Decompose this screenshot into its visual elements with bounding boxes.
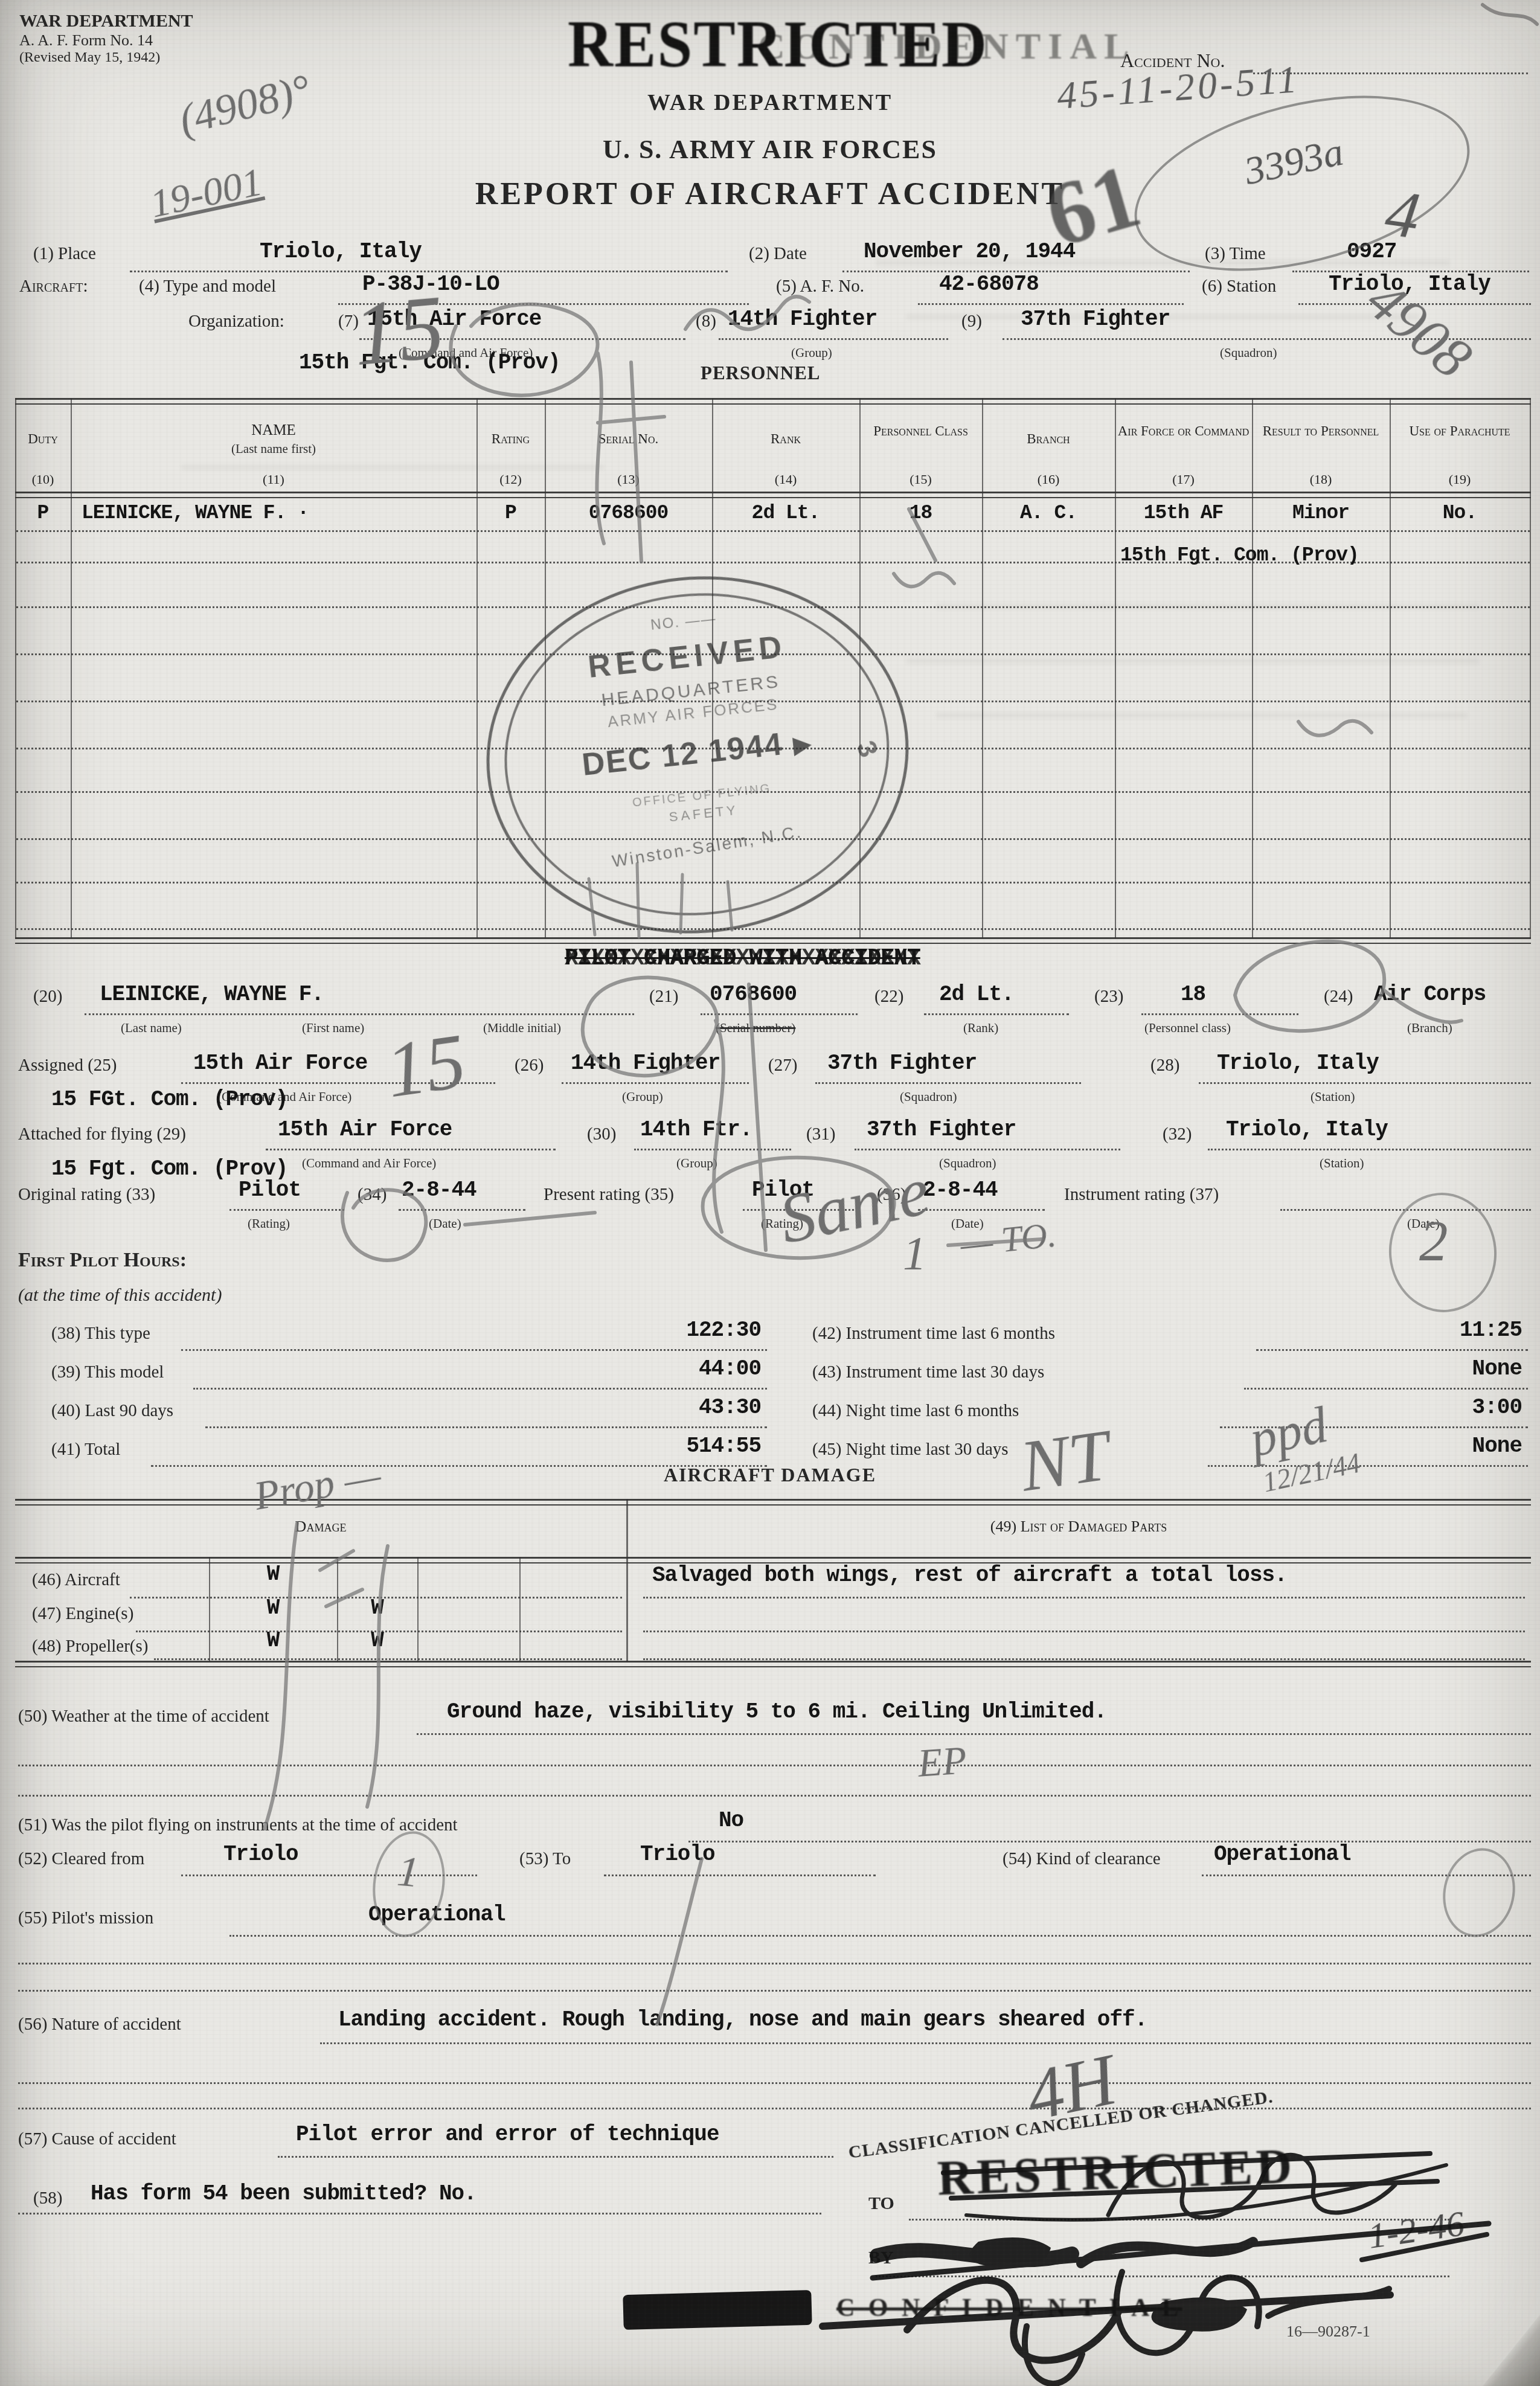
restricted-stamp-bottom: RESTRICTED <box>937 2138 1297 2207</box>
instruments-label: (51) Was the pilot flying on instruments… <box>18 1815 458 1835</box>
col-header-branch: Branch <box>982 431 1115 446</box>
parts-dots <box>643 1658 1525 1660</box>
orig-rating-value: Pilot <box>239 1178 301 1202</box>
page-corner-fold <box>1478 2309 1540 2386</box>
hours-39-label: (39) This model <box>51 1362 164 1382</box>
struck-section-xover: XXXXXXXXXXXXXXXXXXXXXXXXXXX <box>565 946 920 972</box>
f20-blank <box>85 1013 634 1015</box>
f48-dots <box>154 1658 622 1660</box>
row-result: Minor <box>1252 502 1390 524</box>
mission-label: (55) Pilot's mission <box>18 1908 153 1928</box>
col-num-13: (13) <box>545 472 712 487</box>
parts-text: Salvaged both wings, rest of aircraft a … <box>652 1563 1287 1588</box>
f23-blank <box>1141 1013 1298 1015</box>
corner-scrawl <box>1483 5 1537 24</box>
row-extra: 15th Fgt. Com. (Prov) <box>1120 544 1359 566</box>
hw-reclass-date: 1-2-46 <box>1365 2202 1467 2257</box>
hours-44-value: 3:00 <box>1377 1395 1522 1420</box>
hours-44-label: (44) Night time last 6 months <box>812 1401 1019 1421</box>
blank-line <box>18 2082 1531 2084</box>
hours-42-label: (42) Instrument time last 6 months <box>812 1324 1055 1344</box>
blank-line <box>18 1765 1531 1766</box>
hours-38-value: 122:30 <box>616 1318 761 1342</box>
damage-table: Damage (49) List of Damaged Parts (46) A… <box>15 1499 1531 1666</box>
bottom-tail <box>1268 2289 1389 2316</box>
f24-number: (24) <box>1324 987 1353 1007</box>
agency-line-2: A. A. F. Form No. 14 <box>19 31 153 50</box>
damage-sub-divider <box>417 1557 419 1662</box>
squadron-caption: (Squadron) <box>1220 345 1277 361</box>
weather-value: Ground haze, visibility 5 to 6 mi. Ceili… <box>447 1699 1106 1724</box>
hours-43-label: (43) Instrument time last 30 days <box>812 1362 1044 1382</box>
col-header-result: Result to Personnel <box>1252 423 1390 438</box>
f47-w2: W <box>337 1595 417 1620</box>
hw-rating-1: 1 <box>903 1226 926 1280</box>
f23-number: (23) <box>1094 987 1123 1007</box>
damage-bottom-rule <box>15 1661 1531 1667</box>
hours-38-label: (38) This type <box>51 1324 150 1344</box>
cap-attached-station: (Station) <box>1320 1156 1364 1171</box>
f32-blank <box>1208 1149 1531 1150</box>
f30-number: (30) <box>587 1124 616 1144</box>
col-header-airforce: Air Force or Command <box>1115 423 1252 438</box>
nature-label: (56) Nature of accident <box>18 2015 181 2035</box>
assigned-squadron: 37th Fighter <box>827 1051 977 1076</box>
col-num-11: (11) <box>71 472 476 487</box>
cause-blank <box>278 2156 833 2158</box>
blank-line <box>18 1795 1531 1797</box>
damage-heading: AIRCRAFT DAMAGE <box>468 1464 1072 1486</box>
hw-cleared-1: 1 <box>395 1846 421 1898</box>
cap-date-1: (Date) <box>429 1216 461 1231</box>
by-auth-blob <box>969 2237 1051 2268</box>
parts-col-header: (49) List of Damaged Parts <box>626 1518 1531 1536</box>
blank-line <box>18 1990 1531 1992</box>
col-header-duty: Duty <box>15 431 71 446</box>
cause-label: (57) Cause of accident <box>18 2129 176 2149</box>
row-rating: P <box>476 502 545 524</box>
f30-blank <box>634 1149 791 1150</box>
f27-number: (27) <box>768 1056 797 1076</box>
assigned-label: Assigned (25) <box>18 1056 117 1076</box>
f22-blank <box>924 1013 1069 1015</box>
cap-personnel-class: (Personnel class) <box>1144 1021 1231 1036</box>
agency-line-1: WAR DEPARTMENT <box>19 11 193 31</box>
cleared-value: Triolo <box>223 1842 298 1867</box>
hours-45-value: None <box>1377 1434 1522 1458</box>
hw-assigned-15: 15 <box>380 1016 471 1117</box>
assigned-extra: 15 FGt. Com. (Prov) <box>51 1087 287 1112</box>
hours-42-blank <box>1256 1349 1528 1351</box>
to-label: (53) To <box>519 1849 571 1869</box>
row-divider <box>16 530 1530 532</box>
f58-number: (58) <box>33 2189 62 2208</box>
col-header-serial: Serial No. <box>545 431 712 446</box>
f36-blank <box>918 1209 1045 1211</box>
instr-rating-label: Instrument rating (37) <box>1064 1185 1219 1205</box>
hours-heading: First Pilot Hours: <box>18 1249 187 1272</box>
instruments-value: No <box>719 1808 743 1833</box>
weather-label: (50) Weather at the time of accident <box>18 1707 269 1727</box>
cause-value: Pilot error and error of technique <box>296 2122 719 2147</box>
cap-serial-number: (Serial number) <box>716 1021 795 1036</box>
col-header-name-caption: (Last name first) <box>71 441 476 457</box>
received-stamp: NO. —— RECEIVED HEADQUARTERS ARMY AIR FO… <box>469 556 926 954</box>
f48-w1: W <box>209 1628 337 1653</box>
place-label: (1) Place <box>33 244 96 264</box>
hours-subheading: (at the time of this accident) <box>18 1285 222 1306</box>
attached-command: 15th Air Force <box>278 1117 452 1142</box>
hours-41-label: (41) Total <box>51 1440 120 1460</box>
row-name: LEINICKE, WAYNE F. · <box>82 502 309 524</box>
f29-blank <box>266 1149 556 1150</box>
to-value: Triolo <box>640 1842 715 1867</box>
col-header-rank: Rank <box>712 431 859 446</box>
col-num-14: (14) <box>712 472 859 487</box>
hours-43-value: None <box>1377 1356 1522 1381</box>
afno-blank <box>918 303 1184 305</box>
date-label: (2) Date <box>749 244 807 264</box>
to-blank <box>604 1874 876 1876</box>
nature-value: Landing accident. Rough landing, nose an… <box>338 2007 1147 2032</box>
clearance-label: (54) Kind of clearance <box>1003 1849 1161 1869</box>
weather-blank <box>417 1733 1531 1735</box>
f34-blank <box>399 1209 525 1211</box>
attached-label: Attached for flying (29) <box>18 1124 186 1144</box>
empty-row-divider <box>16 928 1530 930</box>
assigned-command: 15th Air Force <box>193 1051 367 1076</box>
form54-line: Has form 54 been submitted? No. <box>91 2181 476 2206</box>
hw-org-15: 15 <box>349 275 448 386</box>
f31-blank <box>855 1149 1120 1150</box>
instruments-blank <box>688 1841 1531 1842</box>
group-value: 14th Fighter <box>728 307 877 332</box>
f32-number: (32) <box>1163 1124 1192 1144</box>
form54-blank <box>18 2213 821 2214</box>
pilot-branch: Air Corps <box>1374 982 1486 1007</box>
hours-43-blank <box>1244 1388 1528 1390</box>
group-blank <box>719 338 948 340</box>
hours-42-value: 11:25 <box>1377 1318 1522 1342</box>
cap-first-name: (First name) <box>302 1021 364 1036</box>
hw-circle-o <box>1435 1841 1523 1943</box>
f8-number: (8) <box>696 312 716 332</box>
pilot-class: 18 <box>1181 982 1205 1007</box>
f34-number: (34) <box>358 1185 387 1205</box>
parts-dots <box>643 1597 1525 1599</box>
reclass-by-blank <box>876 2275 1449 2277</box>
f46-w1: W <box>209 1562 337 1586</box>
f31-number: (31) <box>806 1124 835 1144</box>
row-airforce: 15th AF <box>1115 502 1252 524</box>
usaaf-heading: U. S. ARMY AIR FORCES <box>468 134 1072 165</box>
pilot-rank: 2d Lt. <box>939 982 1014 1007</box>
hours-40-blank <box>205 1426 767 1428</box>
row-duty: P <box>15 502 71 524</box>
present-rating-label: Present rating (35) <box>544 1185 674 1205</box>
aircraft-label: Aircraft: <box>19 277 88 297</box>
hw-nt: NT <box>1015 1413 1115 1508</box>
cap-assigned-squadron: (Squadron) <box>900 1089 957 1105</box>
blank-line <box>18 2108 1531 2109</box>
f22-number: (22) <box>874 987 903 1007</box>
by-auth-signature <box>1081 2242 1253 2263</box>
branch-circle <box>1235 941 1384 1031</box>
f47-w1: W <box>209 1595 337 1620</box>
col-num-18: (18) <box>1252 472 1390 487</box>
mission-blank <box>229 1935 1531 1937</box>
col-header-parachute: Use of Parachute <box>1390 423 1530 438</box>
agency-line-3: (Revised May 15, 1942) <box>19 50 160 66</box>
f46-label: (46) Aircraft <box>32 1570 120 1590</box>
col-num-17: (17) <box>1115 472 1252 487</box>
cleared-label: (52) Cleared from <box>18 1849 144 1869</box>
f48-label: (48) Propeller(s) <box>32 1637 148 1656</box>
cap-branch: (Branch) <box>1407 1021 1452 1036</box>
pilot-serial: 0768600 <box>710 982 797 1007</box>
col-num-16: (16) <box>982 472 1115 487</box>
orig-rating-date: 2-8-44 <box>402 1178 476 1202</box>
f27-blank <box>815 1082 1081 1084</box>
f28-blank <box>1199 1082 1531 1084</box>
hours-41-value: 514:55 <box>616 1434 761 1458</box>
row-serial: 0768600 <box>545 502 712 524</box>
col-header-name: NAME <box>71 422 476 439</box>
date-value: November 20, 1944 <box>864 239 1075 264</box>
war-department-heading: WAR DEPARTMENT <box>468 89 1072 116</box>
parts-dots <box>643 1631 1525 1632</box>
hours-39-blank <box>193 1388 767 1390</box>
col-num-12: (12) <box>476 472 545 487</box>
hours-40-value: 43:30 <box>616 1395 761 1420</box>
place-value: Triolo, Italy <box>260 239 422 264</box>
redaction-bar <box>623 2290 812 2330</box>
stamp-arrow-icon: ▶ <box>792 730 814 758</box>
reclass-by-label: BY <box>868 2248 894 2268</box>
row-class: 18 <box>859 502 982 524</box>
hours-40-label: (40) Last 90 days <box>51 1401 173 1421</box>
f28-number: (28) <box>1150 1056 1179 1076</box>
cap-rating-1: (Rating) <box>248 1216 290 1231</box>
cap-last-name: (Last name) <box>121 1021 182 1036</box>
col-header-rating: Rating <box>476 431 545 446</box>
personnel-heading: PERSONNEL <box>701 362 820 384</box>
organization-label: Organization: <box>188 312 284 332</box>
f48-w2: W <box>337 1628 417 1653</box>
f20-number: (20) <box>33 987 62 1007</box>
pilot-name: LEINICKE, WAYNE F. <box>100 982 324 1007</box>
confidential-struck: C O N F I D E N T I A L <box>836 2294 1182 2323</box>
table-vline <box>1530 398 1531 938</box>
cap-assigned-station: (Station) <box>1311 1089 1355 1105</box>
assigned-station: Triolo, Italy <box>1217 1051 1379 1076</box>
hours-45-label: (45) Night time last 30 days <box>812 1440 1009 1460</box>
assigned-group: 14th Fighter <box>571 1051 720 1076</box>
bottom-descender <box>1025 2326 1082 2384</box>
cap-attached-squadron: (Squadron) <box>939 1156 996 1171</box>
attached-station: Triolo, Italy <box>1226 1117 1388 1142</box>
afno-label: (5) A. F. No. <box>776 277 864 297</box>
damage-top-rule <box>15 1499 1531 1506</box>
row-parachute: No. <box>1390 502 1530 524</box>
table-top-rule <box>15 398 1531 405</box>
cap-attached-group: (Group) <box>676 1156 717 1171</box>
hours-38-blank <box>181 1349 767 1351</box>
f47-label: (47) Engine(s) <box>32 1604 133 1624</box>
clearance-value: Operational <box>1214 1842 1351 1867</box>
f21-blank <box>701 1013 858 1015</box>
cap-rank: (Rank) <box>963 1021 998 1036</box>
report-title: REPORT OF AIRCRAFT ACCIDENT <box>468 176 1072 212</box>
table-bottom-rule <box>15 937 1531 944</box>
col-header-class: Personnel Class <box>859 423 982 438</box>
f9-number: (9) <box>961 312 982 332</box>
squadron-value: 37th Fighter <box>1021 307 1170 332</box>
hw-top-left-19001: 19-001 <box>146 159 266 227</box>
mission-slash <box>657 1859 702 2024</box>
attached-group: 14th Ftr. <box>640 1117 752 1142</box>
type-label: (4) Type and model <box>139 277 276 297</box>
hours-39-value: 44:00 <box>616 1356 761 1381</box>
afno-value: 42-68078 <box>939 272 1039 297</box>
col-num-15: (15) <box>859 472 982 487</box>
row-branch: A. C. <box>982 502 1115 524</box>
f26-number: (26) <box>515 1056 544 1076</box>
print-code: 16—90287-1 <box>1286 2323 1370 2341</box>
restricted-stamp-top: RESTRICTED <box>568 6 988 82</box>
table-header-rule <box>15 492 1531 498</box>
f21-number: (21) <box>649 987 678 1007</box>
damage-col-header: Damage <box>15 1518 626 1536</box>
cap-attached-command: (Command and Air Force) <box>302 1156 436 1171</box>
hw-top-left-4908: (4908)° <box>174 65 315 146</box>
hw-circled-2: 2 <box>1419 1208 1448 1274</box>
cap-middle-initial: (Middle initial) <box>483 1021 561 1036</box>
orig-rating-label: Original rating (33) <box>18 1185 155 1205</box>
attached-squadron: 37th Fighter <box>867 1117 1016 1142</box>
station-label: (6) Station <box>1202 277 1276 297</box>
group-caption: (Group) <box>791 345 832 361</box>
f33-blank <box>229 1209 344 1211</box>
by-auth-blob-stroke <box>877 2250 1072 2260</box>
nature-blank <box>320 2042 1531 2044</box>
hw-ep: EP <box>916 1737 968 1786</box>
blank-line <box>18 1963 1531 1964</box>
col-num-19: (19) <box>1390 472 1530 487</box>
present-rating-date: 2-8-44 <box>923 1178 998 1202</box>
row-rank: 2d Lt. <box>712 502 859 524</box>
cap-assigned-group: (Group) <box>622 1089 663 1105</box>
rating-left-dash <box>465 1213 595 1225</box>
f26-blank <box>562 1082 749 1084</box>
damage-sub-divider <box>519 1557 521 1662</box>
accident-report-page: WAR DEPARTMENT A. A. F. Form No. 14 (Rev… <box>0 0 1540 2386</box>
col-num-10: (10) <box>15 472 71 487</box>
reclass-to-label: TO <box>868 2193 894 2214</box>
